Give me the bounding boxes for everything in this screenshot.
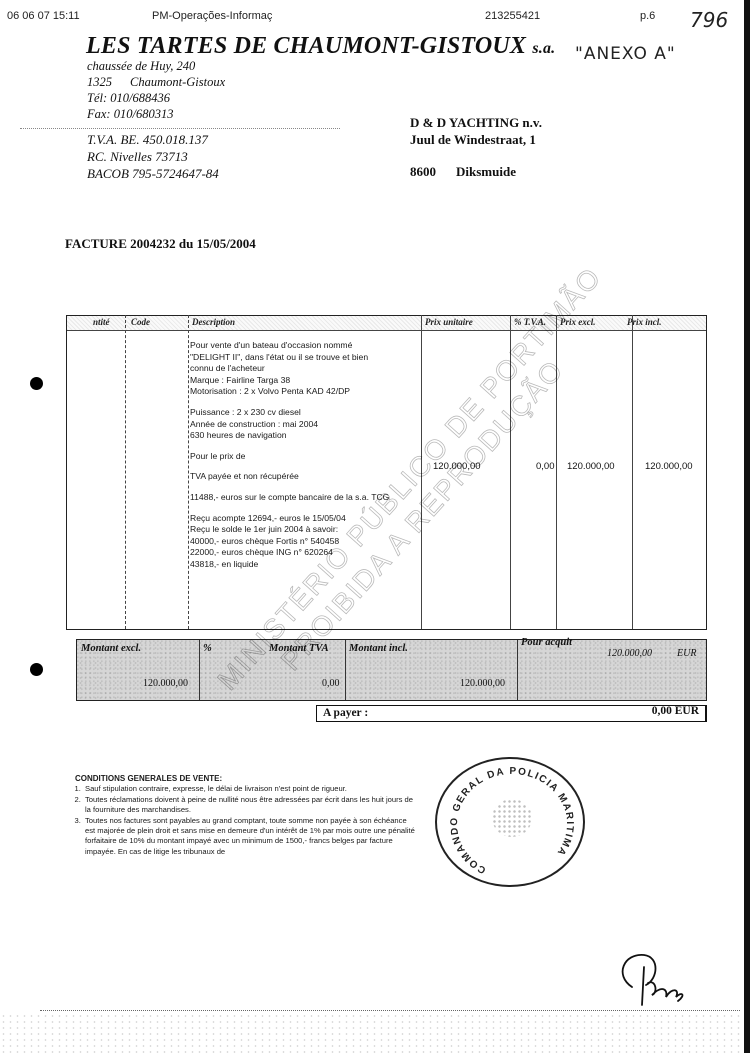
spacer [190,442,420,451]
col-vat-pct: % T.V.A. [514,317,546,327]
totals-box: Montant excl. 120.000,00 % Montant TVA 0… [76,639,707,701]
amount-excl-value: 120.000,00 [143,678,188,689]
column-divider [632,315,633,629]
column-divider [421,315,422,629]
annex-annotation: "ANEXO A" [575,44,676,64]
paid-currency: EUR [677,648,696,659]
scan-artifact [40,1010,740,1011]
paid-label: Pour acquit [521,637,572,648]
company-registration: T.V.A. BE. 450.018.137 RC. Nivelles 7371… [87,131,219,182]
description-line: 43818,- en liquide [190,559,420,571]
description-line: Reçu le solde le 1er juin 2004 à savoir: [190,524,420,536]
items-table: ntité Code Description Prix unitaire % T… [66,315,707,630]
description-line: Pour le prix de [190,451,420,463]
fax-datetime: 06 06 07 15:11 [7,10,80,22]
emblem-icon [492,799,532,837]
company-bank: BACOB 795-5724647-84 [87,165,219,182]
col-quantity: ntité [93,317,110,327]
totals-divider [345,640,346,700]
description-line: connu de l'acheteur [190,363,420,375]
company-address: chaussée de Huy, 240 1325Chaumont-Gistou… [87,58,225,122]
col-code: Code [131,317,150,327]
column-divider [556,315,557,629]
col-description: Description [192,317,235,327]
description-line: TVA payée et non récupérée [190,471,420,483]
terms-item: Sauf stipulation contraire, expresse, le… [83,784,415,794]
fax-number: 213255421 [485,10,540,22]
client-postal-code: 8600 [410,164,436,179]
description-line: Puissance : 2 x 230 cv diesel [190,407,420,419]
company-fax: Fax: 010/680313 [87,106,225,122]
description-line: Motorisation : 2 x Volvo Penta KAD 42/DP [190,386,420,398]
terms-title: CONDITIONS GENERALES DE VENTE: [75,774,415,784]
punch-hole [30,663,43,676]
pct-label: % [203,643,212,654]
description-line: 22000,- euros chèque ING n° 620264 [190,547,420,559]
amount-due-box: A payer : 0,00 EUR [316,705,707,722]
invoice-title: FACTURE 2004232 du 15/05/2004 [65,236,256,252]
client-address: D & D YACHTING n.v. Juul de Windestraat,… [410,114,542,180]
signature [612,945,702,1015]
item-description: Pour vente d'un bateau d'occasion nommé"… [190,340,420,571]
client-street: Juul de Windestraat, 1 [410,131,542,148]
spacer [190,398,420,407]
terms-list: Sauf stipulation contraire, expresse, le… [75,784,415,857]
vat-amount-label: Montant TVA [269,643,329,654]
spacer [190,483,420,492]
client-city-line: 8600Diksmuide [410,163,542,180]
company-rc: RC. Nivelles 73713 [87,148,219,165]
amount-incl-value: 120.000,00 [460,678,505,689]
punch-hole [30,377,43,390]
amount-excl-label: Montant excl. [81,643,141,654]
column-divider [510,315,511,629]
amount-due-value: 0,00 EUR [652,705,699,717]
company-postal-code: 1325 [87,75,112,89]
fax-page: p.6 [640,10,655,22]
description-line: 630 heures de navigation [190,430,420,442]
handwritten-page-number: 796 [690,8,728,32]
company-name: LES TARTES DE CHAUMONT-GISTOUX s.a. [86,33,555,60]
company-city-line: 1325Chaumont-Gistoux [87,74,225,90]
client-city: Diksmuide [456,164,516,179]
description-line: Reçu acompte 12694,- euros le 15/05/04 [190,513,420,525]
company-suffix: s.a. [532,40,555,57]
amount-due-label: A payer : [323,707,368,719]
vat-amount-value: 0,00 [322,678,340,689]
column-divider [125,315,126,629]
items-table-header: ntité Code Description Prix unitaire % T… [67,315,706,331]
description-line: Pour vente d'un bateau d'occasion nommé [190,340,420,352]
description-line: Marque : Fairline Targa 38 [190,375,420,387]
divider [20,128,340,129]
paid-amount: 120.000,00 [607,648,652,659]
item-price-excl: 120.000,00 [567,461,615,472]
official-stamp: COMANDO GERAL DA POLICIA MARITIMA [435,757,585,887]
item-vat-pct: 0,00 [536,461,555,472]
company-tel: Tél: 010/688436 [87,90,225,106]
company-vat: T.V.A. BE. 450.018.137 [87,131,219,148]
description-line: 11488,- euros sur le compte bancaire de … [190,492,420,504]
amount-incl-label: Montant incl. [349,643,408,654]
client-name: D & D YACHTING n.v. [410,114,542,131]
fax-header: 06 06 07 15:11 PM-Operações-Informaç 213… [0,10,750,26]
scan-edge [744,0,750,1053]
spacer [190,462,420,471]
description-line: "DELIGHT II", dans l'état ou il se trouv… [190,352,420,364]
scan-noise [0,1013,744,1053]
totals-divider [517,640,518,700]
item-price-incl: 120.000,00 [645,461,693,472]
terms-of-sale: CONDITIONS GENERALES DE VENTE: Sauf stip… [75,774,415,857]
column-divider [188,315,189,629]
company-city: Chaumont-Gistoux [130,75,225,89]
totals-divider [199,640,200,700]
col-unit-price: Prix unitaire [425,317,473,327]
description-line: Année de construction : mai 2004 [190,419,420,431]
item-unit-price: 120.000,00 [433,461,481,472]
col-price-excl: Prix excl. [560,317,596,327]
spacer [190,504,420,513]
description-line: 40000,- euros chèque Fortis n° 540458 [190,536,420,548]
terms-item: Toutes nos factures sont payables au gra… [83,816,415,858]
company-street: chaussée de Huy, 240 [87,58,225,74]
fax-sender: PM-Operações-Informaç [152,10,272,22]
terms-item: Toutes réclamations doivent à peine de n… [83,795,415,816]
company-name-text: LES TARTES DE CHAUMONT-GISTOUX [86,33,526,59]
